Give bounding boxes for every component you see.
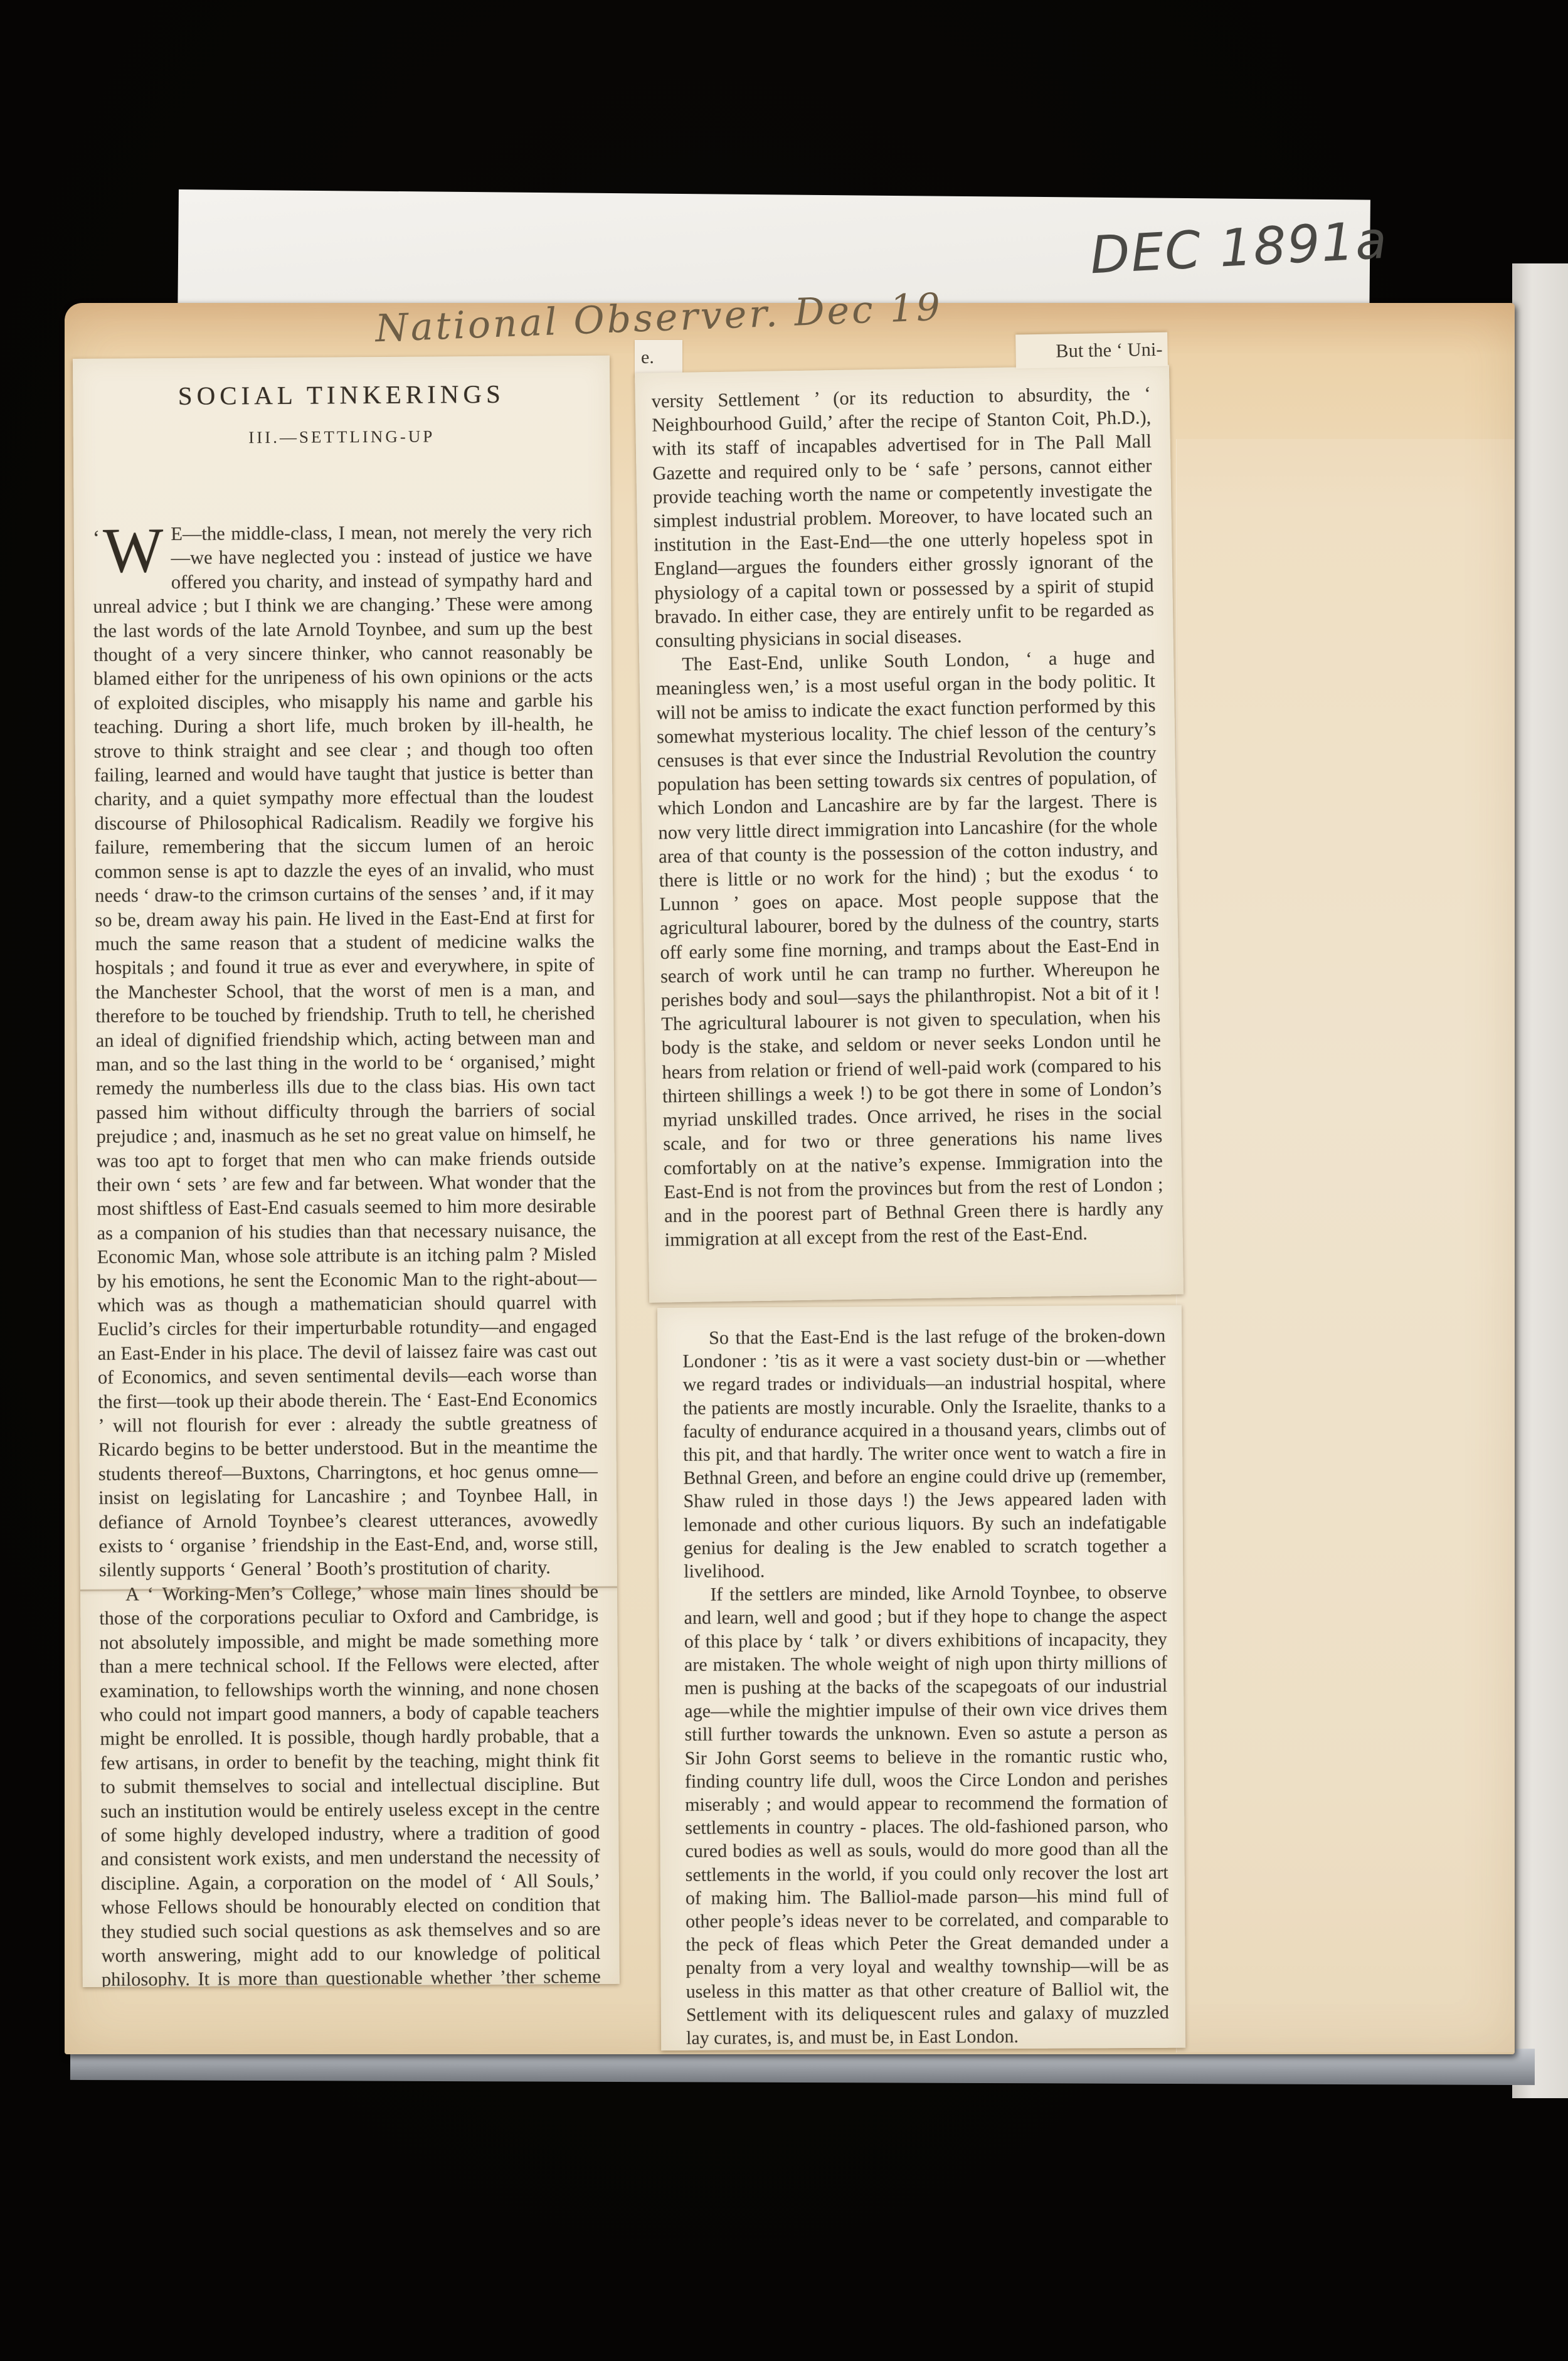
lead-paragraph: ‘WE—the middle-class, I mean, not merely… — [93, 519, 598, 1583]
article-paragraph: The East-End, unlike South London, ‘ a h… — [655, 645, 1164, 1251]
article-paragraph: So that the East-End is the last refuge … — [682, 1324, 1167, 1583]
drop-cap: W — [102, 522, 171, 578]
article-paragraph: A ‘ Working-Men’s College,’ whose main l… — [99, 1579, 601, 1987]
article-title: SOCIAL TINKERINGS — [92, 378, 591, 411]
clipping-catchline-tab: But the ‘ Uni- — [1015, 332, 1168, 369]
tissue-overlay — [1176, 439, 1514, 2052]
article-paragraph: If the settlers are minded, like Arnold … — [684, 1581, 1169, 2050]
clipping-fragment: e. — [635, 340, 682, 376]
right-clipping-bottom: So that the East-End is the last refuge … — [657, 1305, 1185, 2051]
article-paragraph: versity Settlement ’ (or its reduction t… — [651, 381, 1155, 653]
adjacent-page-edge — [1512, 263, 1568, 2098]
clipping-catchline: But the ‘ Uni- — [1015, 332, 1168, 369]
scan-background: DEC 1891a National Observer. Dec 19 SOCI… — [0, 0, 1568, 2361]
right-clipping-top: But the ‘ Uni- versity Settlement ’ (or … — [635, 365, 1184, 1303]
opening-quote-mark: ‘ — [93, 523, 102, 555]
clipping-fragment-text: e. — [635, 340, 682, 375]
left-clipping: SOCIAL TINKERINGS III.—SETTLING-UP ‘WE—t… — [73, 356, 620, 1987]
article-subtitle: III.—SETTLING-UP — [92, 426, 591, 448]
lead-paragraph-text: E—the middle-class, I mean, not merely t… — [93, 521, 598, 1581]
